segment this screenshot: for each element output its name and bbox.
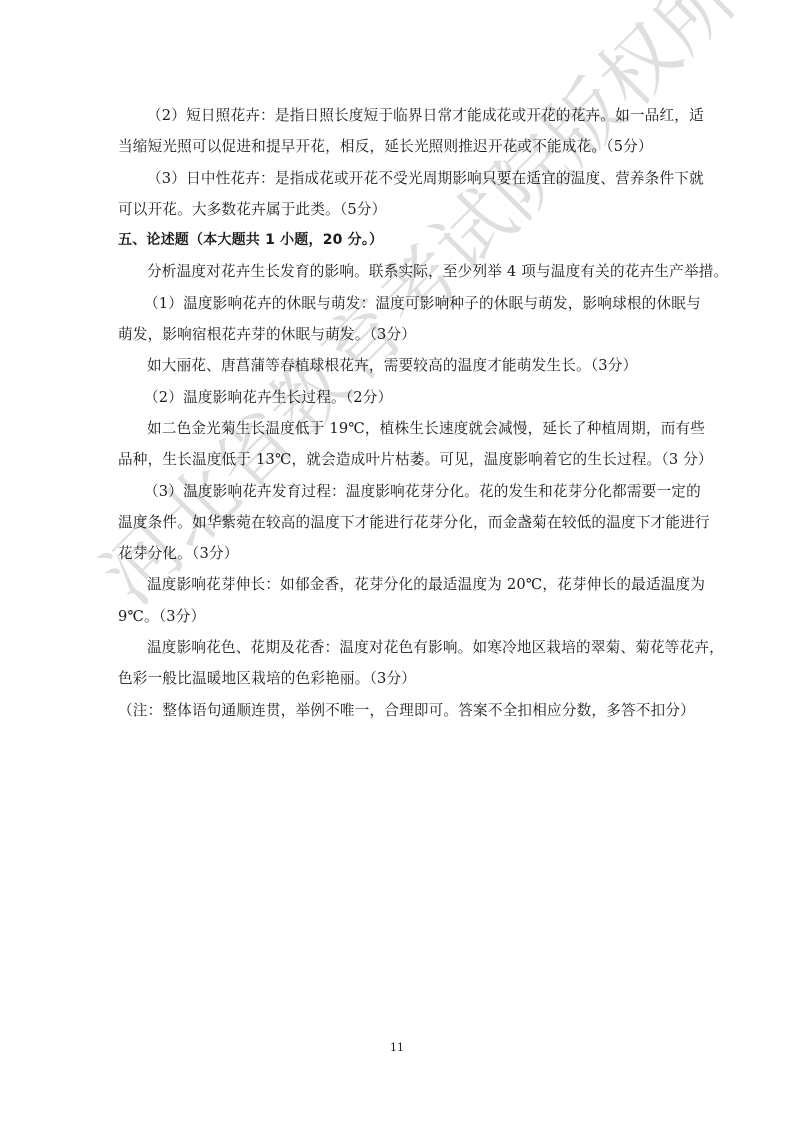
text-line: 色彩一般比温暖地区栽培的色彩艳丽。（3分） [118, 663, 674, 694]
text-line: 温度影响花色、花期及花香：温度对花色有影响。如寒冷地区栽培的翠菊、菊花等花卉， [118, 632, 674, 663]
text-line: 花芽分化。（3分） [118, 538, 674, 569]
answer-point-5: 温度影响花色、花期及花香：温度对花色有影响。如寒冷地区栽培的翠菊、菊花等花卉， … [118, 632, 674, 695]
text-line: 温度条件。如华紫菀在较高的温度下才能进行花芽分化，而金盏菊在较低的温度下才能进行 [118, 507, 674, 538]
item-day-neutral-plants: （3）日中性花卉：是指成花或开花不受光周期影响只要在适宜的温度、营养条件下就 可… [118, 163, 674, 226]
text-line: 萌发，影响宿根花卉芽的休眠与萌发。（3分） [118, 319, 674, 350]
item-short-day-plants: （2）短日照花卉：是指日照长度短于临界日常才能成花或开花的花卉。如一品红，适 当… [118, 100, 674, 163]
answer-point-4: 温度影响花芽伸长：如郁金香，花芽分化的最适温度为 20℃，花芽伸长的最适温度为 … [118, 569, 674, 632]
text-line: 当缩短光照可以促进和提早开花，相反，延长光照则推迟开花或不能成花。（5分） [118, 131, 674, 162]
document-page: 河北省教育考试院版权所有 （2）短日照花卉：是指日照长度短于临界日常才能成花或开… [0, 0, 794, 1123]
text-line: 品种，生长温度低于 13℃，就会造成叶片枯萎。可见，温度影响着它的生长过程。（3… [118, 444, 674, 475]
answer-content: （2）短日照花卉：是指日照长度短于临界日常才能成花或开花的花卉。如一品红，适 当… [118, 100, 674, 726]
text-line: （3）日中性花卉：是指成花或开花不受光周期影响只要在适宜的温度、营养条件下就 [118, 163, 674, 194]
answer-example: 如大丽花、唐菖蒲等春植球根花卉，需要较高的温度才能萌发生长。（3分） [118, 350, 674, 381]
grading-note: （注：整体语句通顺连贯，举例不唯一，合理即可。答案不全扣相应分数，多答不扣分） [118, 695, 674, 726]
text-line: 如二色金光菊生长温度低于 19℃，植株生长速度就会减慢，延长了种植周期，而有些 [118, 413, 674, 444]
question-text: 分析温度对花卉生长发育的影响。联系实际，至少列举 4 项与温度有关的花卉生产举措… [118, 256, 674, 287]
text-line: （1）温度影响花卉的休眠与萌发：温度可影响种子的休眠与萌发，影响球根的休眠与 [118, 288, 674, 319]
answer-point-1: （1）温度影响花卉的休眠与萌发：温度可影响种子的休眠与萌发，影响球根的休眠与 萌… [118, 288, 674, 351]
section-heading: 五、论述题（本大题共 1 小题，20 分。） [118, 225, 674, 256]
answer-example: 如二色金光菊生长温度低于 19℃，植株生长速度就会减慢，延长了种植周期，而有些 … [118, 413, 674, 476]
text-line: （2）短日照花卉：是指日照长度短于临界日常才能成花或开花的花卉。如一品红，适 [118, 100, 674, 131]
text-line: （3）温度影响花卉发育过程：温度影响花芽分化。花的发生和花芽分化都需要一定的 [118, 476, 674, 507]
text-line: 可以开花。大多数花卉属于此类。（5分） [118, 194, 674, 225]
answer-point-3: （3）温度影响花卉发育过程：温度影响花芽分化。花的发生和花芽分化都需要一定的 温… [118, 476, 674, 570]
page-number: 11 [0, 1041, 794, 1054]
answer-point-2: （2）温度影响花卉生长过程。（2分） [118, 382, 674, 413]
text-line: 温度影响花芽伸长：如郁金香，花芽分化的最适温度为 20℃，花芽伸长的最适温度为 [118, 569, 674, 600]
text-line: 9℃。（3分） [118, 601, 674, 632]
